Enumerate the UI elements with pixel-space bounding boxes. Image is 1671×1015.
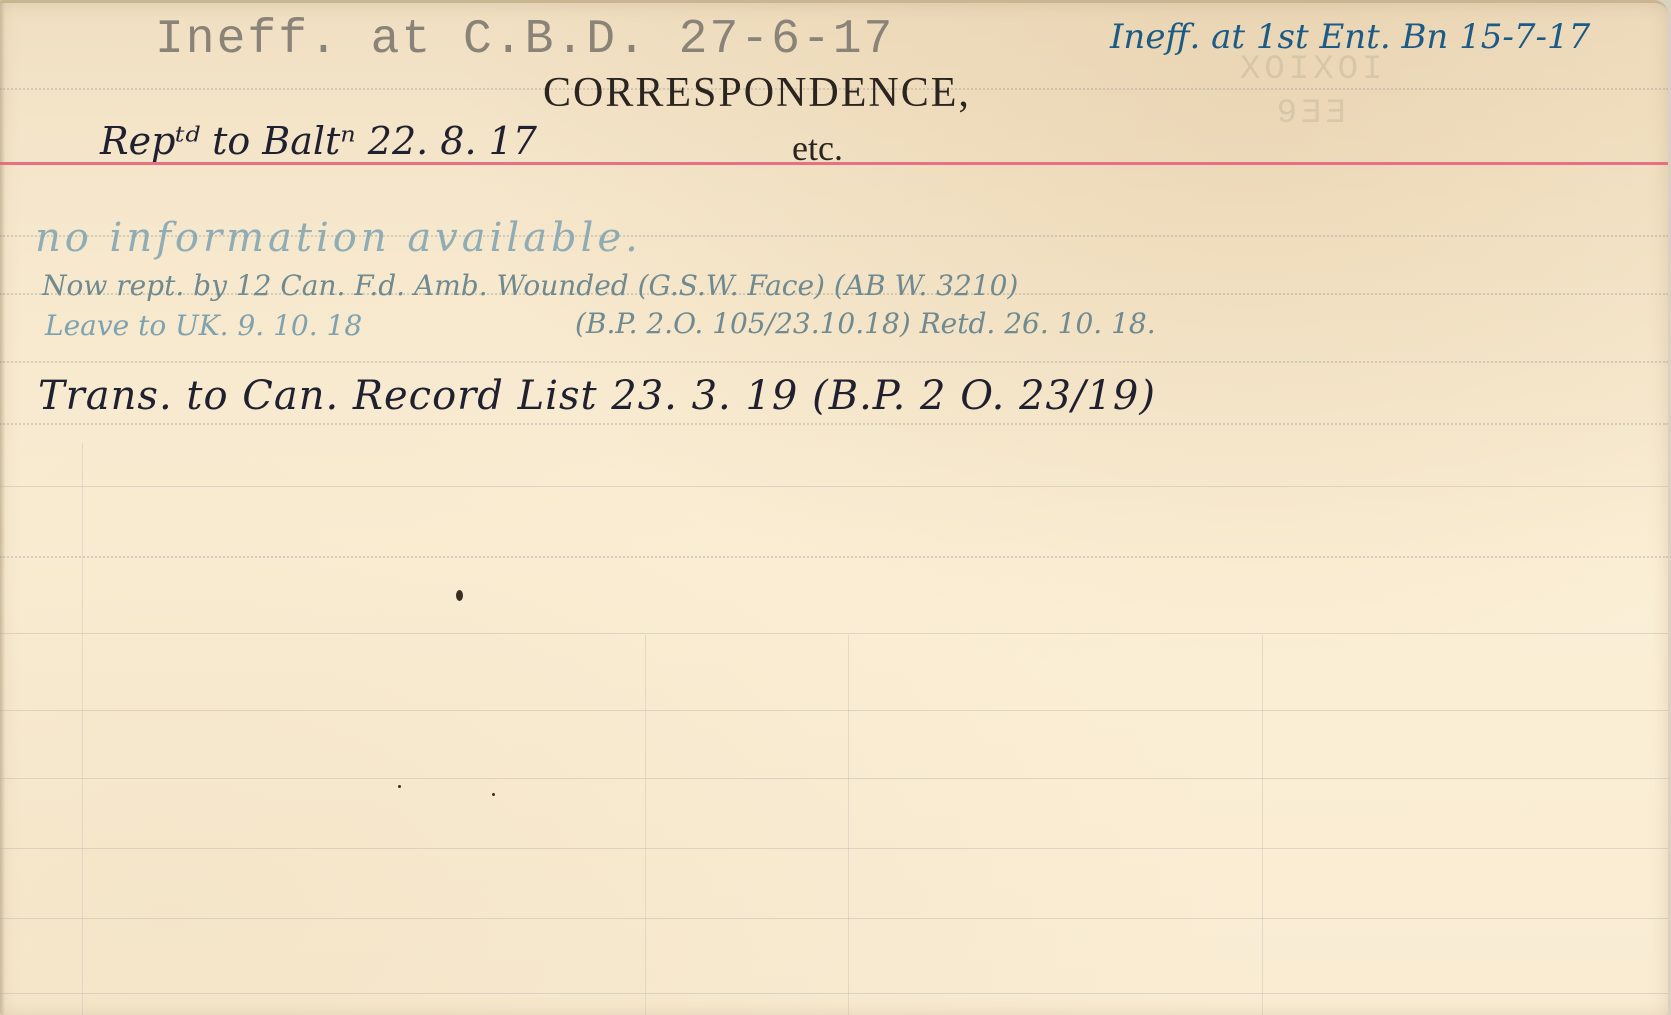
handwritten-top-right-note: Ineff. at 1st Ent. Bn 15-7-17	[1110, 17, 1590, 57]
typed-header: Ineff. at C.B.D. 27-6-17	[155, 13, 894, 67]
ink-speck	[398, 785, 401, 788]
entry-leave-reference-returned: (B.P. 2.O. 105/23.10.18) Retd. 26. 10. 1…	[575, 307, 1156, 340]
ruled-line	[0, 556, 1668, 558]
entry-transferred-record-list: Trans. to Can. Record List 23. 3. 19 (B.…	[38, 373, 1156, 419]
entry-no-information: no information available.	[35, 215, 642, 261]
ruled-line	[0, 993, 1668, 994]
ink-speck	[456, 590, 463, 601]
red-rule-line	[0, 162, 1668, 165]
column-divider	[848, 635, 849, 1015]
ruled-line	[0, 423, 1668, 425]
printed-heading: CORRESPONDENCE,	[543, 69, 971, 117]
column-divider	[645, 635, 646, 1015]
ruled-line	[0, 486, 1668, 487]
entry-wounded-report: Now rept. by 12 Can. F.d. Amb. Wounded (…	[42, 269, 1018, 302]
ruled-line	[0, 778, 1668, 779]
column-divider	[1262, 635, 1263, 1015]
ruled-line	[0, 918, 1668, 919]
stamp-line: 9ƎƎ	[1240, 92, 1386, 136]
handwritten-reported-to-battalion: Repᵗᵈ to Baltⁿ 22. 8. 17	[100, 119, 537, 163]
ruled-line	[0, 710, 1668, 711]
entry-leave-to-uk: Leave to UK. 9. 10. 18	[45, 309, 362, 342]
faint-reverse-stamp: XOIXOI 9ƎƎ	[1240, 48, 1386, 136]
ink-speck	[492, 793, 495, 796]
ruled-line	[0, 633, 1668, 634]
ruled-line	[0, 848, 1668, 849]
column-divider	[82, 443, 83, 1015]
ruled-line	[0, 361, 1668, 363]
card-left-edge	[0, 3, 5, 1015]
service-record-card: XOIXOI 9ƎƎ Ineff. at C.B.D. 27-6-17 Inef…	[0, 0, 1668, 1015]
